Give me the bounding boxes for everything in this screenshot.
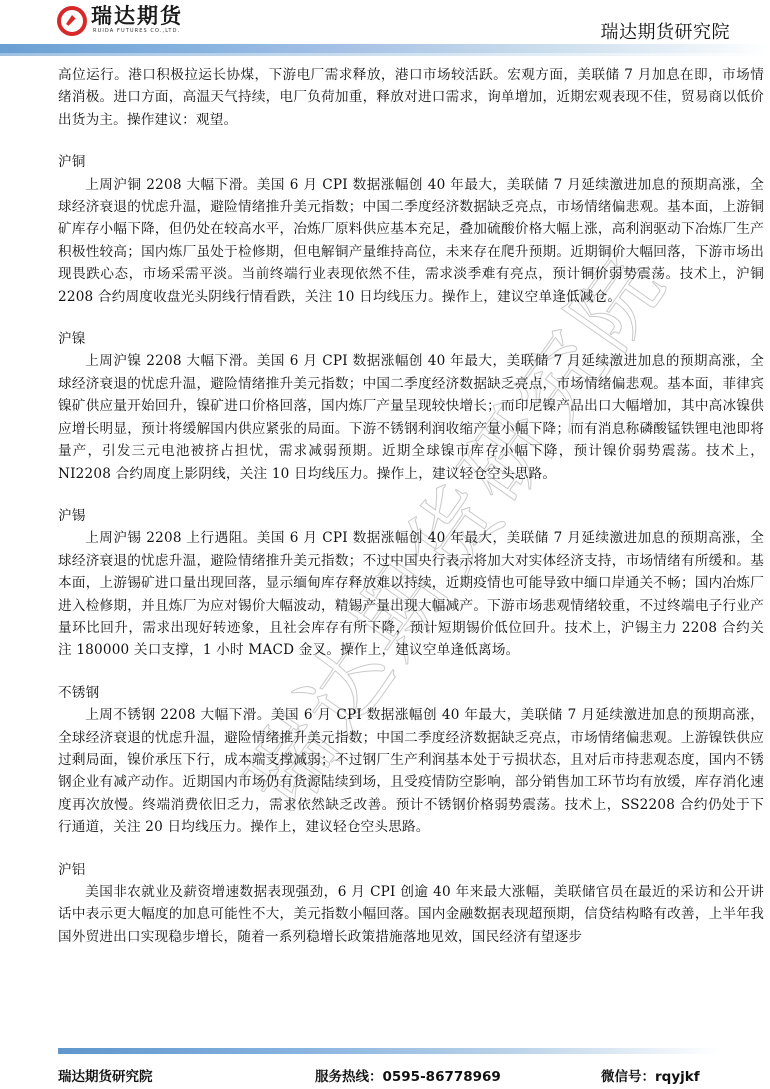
section-nickel: 沪镍 上周沪镍 2208 大幅下滑。美国 6 月 CPI 数据涨幅创 40 年最… [58, 328, 764, 485]
section-paragraph: 美国非农就业及薪资增速数据表现强劲，6 月 CPI 创逾 40 年来最大涨幅，美… [58, 881, 764, 948]
section-title: 沪镍 [58, 328, 764, 350]
section-copper: 沪铜 上周沪铜 2208 大幅下滑。美国 6 月 CPI 数据涨幅创 40 年最… [58, 151, 764, 308]
section-tin: 沪锡 上周沪锡 2208 上行遇阻。美国 6 月 CPI 数据涨幅创 40 年最… [58, 505, 764, 662]
section-title: 沪铝 [58, 859, 764, 881]
page-header: 瑞达期货 RUIDA FUTURES CO.,LTD. 瑞达期货研究院 [0, 0, 770, 60]
section-paragraph: 上周不锈钢 2208 大幅下滑。美国 6 月 CPI 数据涨幅创 40 年最大，… [58, 704, 764, 838]
ruida-logo-icon [57, 6, 87, 36]
page-footer: 瑞达期货研究院 服务热线：0595-86778969 微信号：rqyjkf [58, 1065, 720, 1085]
section-paragraph: 上周沪铜 2208 大幅下滑。美国 6 月 CPI 数据涨幅创 40 年最大，美… [58, 174, 764, 308]
logo-chinese-name: 瑞达期货 [91, 4, 183, 28]
section-aluminum: 沪铝 美国非农就业及薪资增速数据表现强劲，6 月 CPI 创逾 40 年来最大涨… [58, 859, 764, 949]
footer-org-name: 瑞达期货研究院 [58, 1065, 153, 1085]
footer-wechat-id: 微信号：rqyjkf [601, 1065, 700, 1085]
header-divider-line [0, 53, 770, 56]
document-body: 高位运行。港口积极拉运长协煤，下游电厂需求释放，港口市场较活跃。宏观方面，美联储… [58, 64, 764, 948]
header-divider-bar [0, 44, 770, 53]
intro-paragraph: 高位运行。港口积极拉运长协煤，下游电厂需求释放，港口市场较活跃。宏观方面，美联储… [58, 64, 764, 131]
section-paragraph: 上周沪镍 2208 大幅下滑。美国 6 月 CPI 数据涨幅创 40 年最大，美… [58, 350, 764, 484]
section-title: 沪铜 [58, 151, 764, 173]
header-title: 瑞达期货研究院 [601, 18, 731, 44]
section-title: 沪锡 [58, 505, 764, 527]
section-stainless-steel: 不锈钢 上周不锈钢 2208 大幅下滑。美国 6 月 CPI 数据涨幅创 40 … [58, 682, 764, 839]
section-title: 不锈钢 [58, 682, 764, 704]
section-paragraph: 上周沪锡 2208 上行遇阻。美国 6 月 CPI 数据涨幅创 40 年最大，美… [58, 527, 764, 661]
footer-divider-bar [58, 1048, 720, 1054]
logo-english-name: RUIDA FUTURES CO.,LTD. [93, 28, 183, 35]
footer-hotline: 服务热线：0595-86778969 [315, 1065, 501, 1085]
company-logo: 瑞达期货 RUIDA FUTURES CO.,LTD. [57, 4, 183, 40]
